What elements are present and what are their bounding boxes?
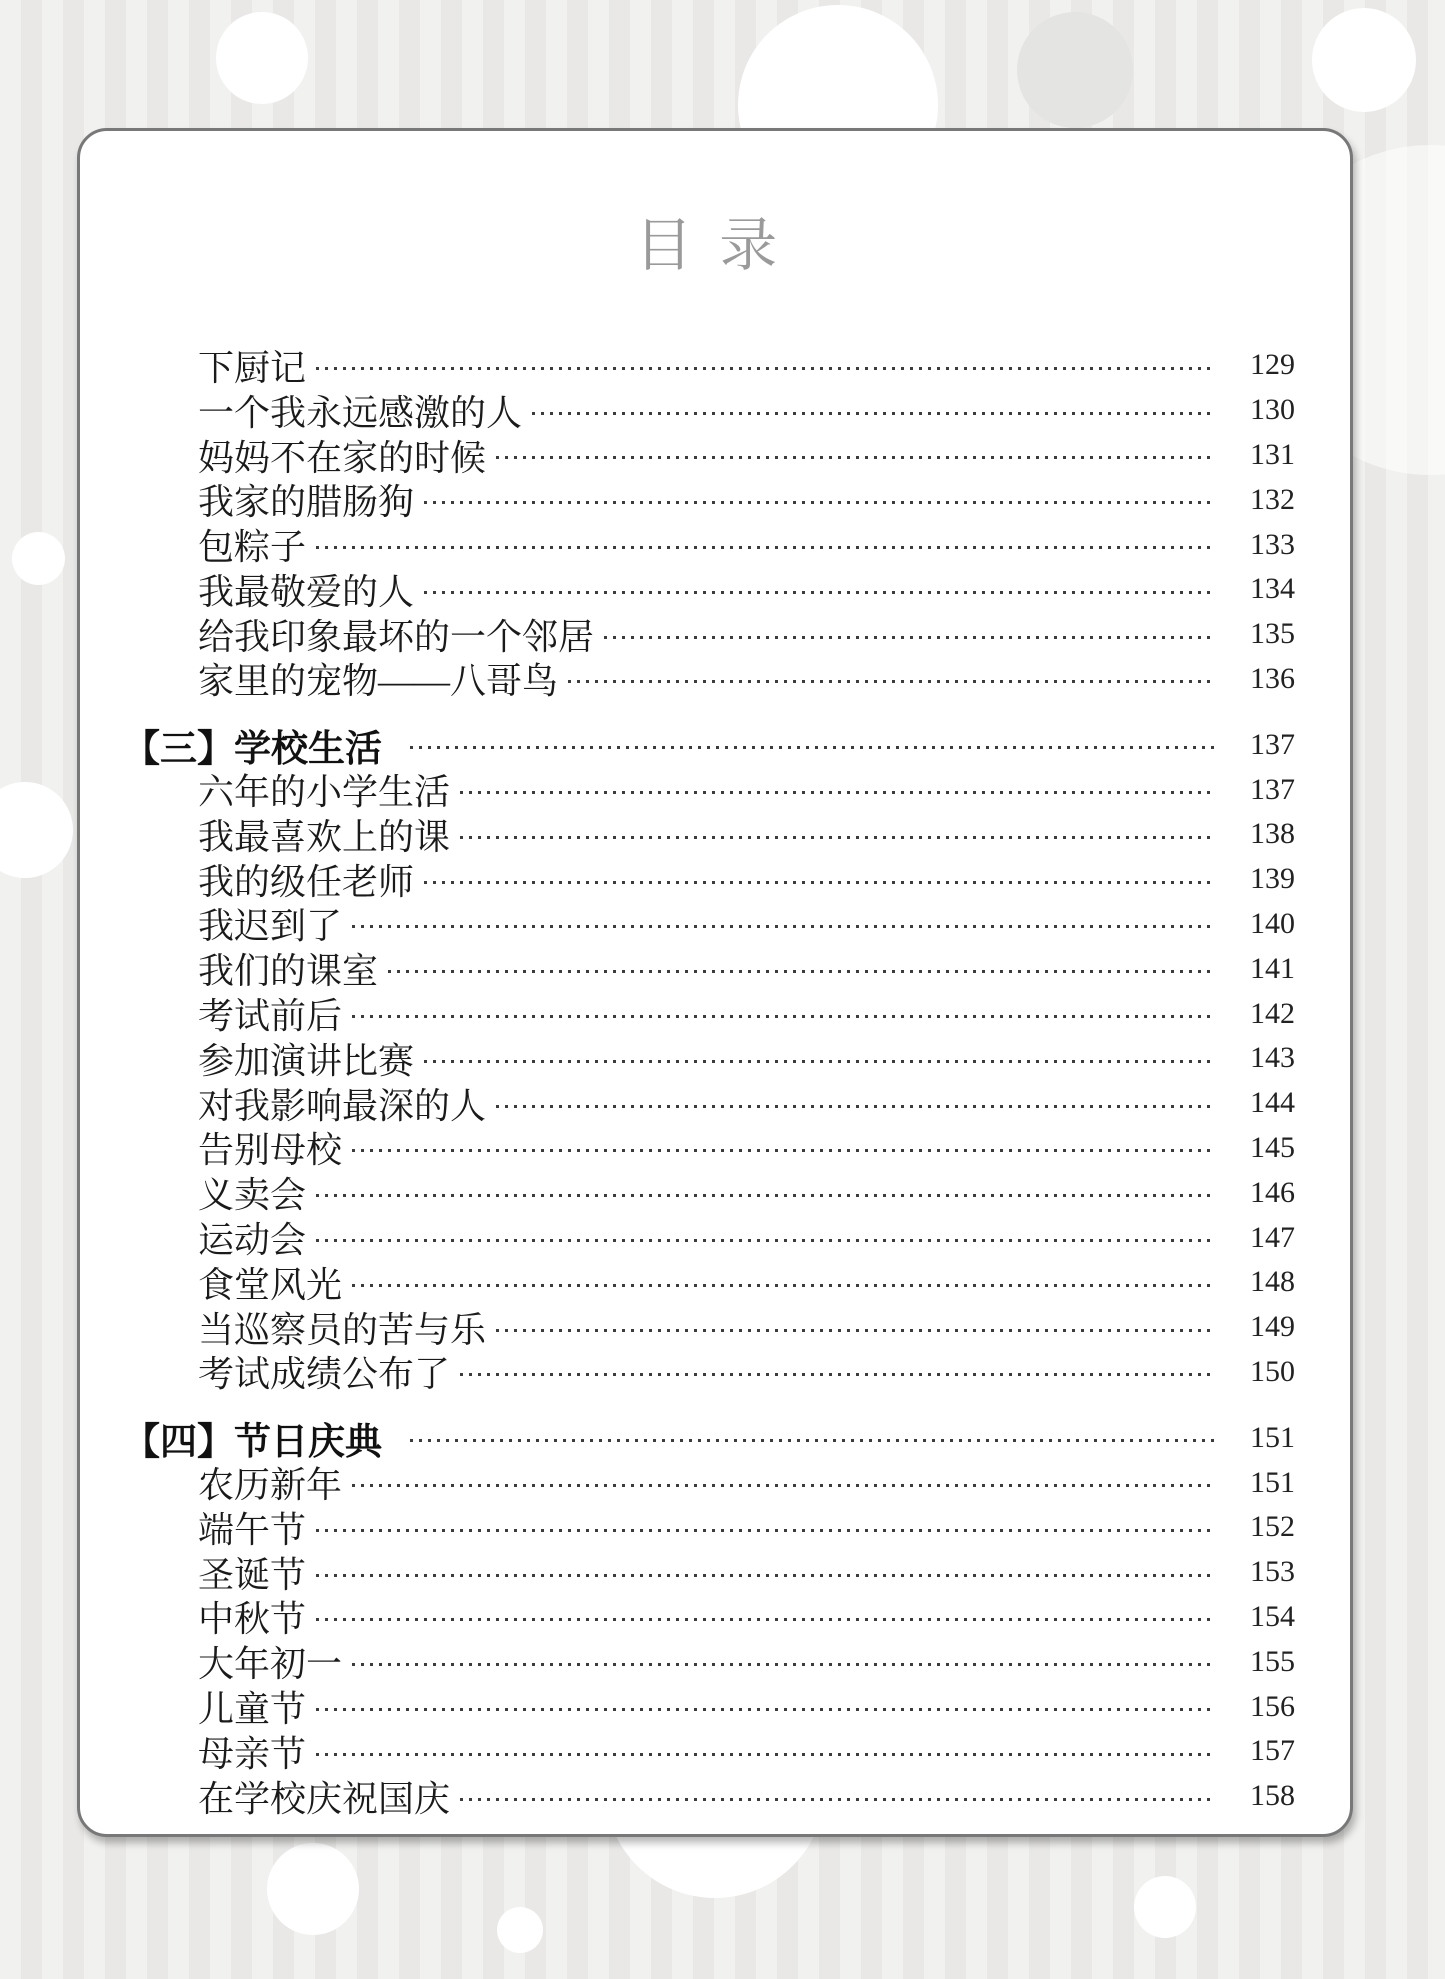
page-number: 148: [1231, 1265, 1295, 1299]
dotted-leader: [424, 1060, 1215, 1063]
page-title: 目 录: [123, 211, 1295, 281]
dotted-leader: [316, 1239, 1215, 1242]
dotted-leader: [604, 636, 1215, 639]
toc-entry-row: 义卖会 146: [198, 1170, 1295, 1215]
page-number: 151: [1231, 1466, 1295, 1500]
toc-item-label: 我最敬爱的人: [198, 564, 414, 615]
toc-item-label: 食堂风光: [198, 1257, 342, 1308]
decorative-circle: [497, 1907, 543, 1953]
dotted-leader: [352, 1484, 1215, 1487]
page-number: 139: [1231, 862, 1295, 896]
toc-item-label: 端午节: [198, 1502, 306, 1553]
dotted-leader: [496, 456, 1215, 459]
page-number: 149: [1231, 1310, 1295, 1344]
decorative-circle: [216, 12, 308, 104]
toc-item-label: 参加演讲比赛: [198, 1033, 414, 1084]
toc-entry-row: 大年初一 155: [198, 1639, 1295, 1684]
toc-entry-row: 我们的课室 141: [198, 946, 1295, 991]
toc-entry-row: 母亲节 157: [198, 1729, 1295, 1774]
page-number: 144: [1231, 1086, 1295, 1120]
page-number: 135: [1231, 617, 1295, 651]
dotted-leader: [460, 1798, 1215, 1801]
page-number: 147: [1231, 1221, 1295, 1255]
dotted-leader: [352, 1149, 1215, 1152]
toc-entry-row: 一个我永远感激的人 130: [198, 388, 1295, 433]
toc-entry-row: 中秋节 154: [198, 1595, 1295, 1640]
page-number: 130: [1231, 393, 1295, 427]
toc-item-label: 运动会: [198, 1212, 306, 1263]
page-number: 129: [1231, 348, 1295, 382]
toc-item-label: 下厨记: [198, 340, 306, 391]
page-number: 156: [1231, 1690, 1295, 1724]
toc-entry-row: 我迟到了 140: [198, 902, 1295, 947]
page-number: 133: [1231, 528, 1295, 562]
dotted-leader: [460, 1373, 1215, 1376]
page-number: 154: [1231, 1600, 1295, 1634]
dotted-leader: [568, 680, 1215, 683]
toc-entry-row: 端午节 152: [198, 1505, 1295, 1550]
dotted-leader: [424, 501, 1215, 504]
toc-entry-row: 我最敬爱的人 134: [198, 567, 1295, 612]
toc-entry-row: 参加演讲比赛 143: [198, 1036, 1295, 1081]
toc-item-label: 六年的小学生活: [198, 764, 450, 815]
decorative-circle: [12, 532, 65, 585]
toc-entry-row: 当巡察员的苦与乐 149: [198, 1305, 1295, 1350]
dotted-leader: [316, 1708, 1215, 1711]
page-number: 137: [1231, 773, 1295, 807]
toc-list: 下厨记 129 一个我永远感激的人 130 妈妈不在家的时候 131 我家的腊肠…: [123, 343, 1295, 1819]
page-number: 145: [1231, 1131, 1295, 1165]
toc-item-label: 我的级任老师: [198, 854, 414, 905]
toc-item-label: 我家的腊肠狗: [198, 474, 414, 525]
toc-entry-row: 我的级任老师 139: [198, 857, 1295, 902]
toc-entry-row: 给我印象最坏的一个邻居 135: [198, 612, 1295, 657]
dotted-leader: [496, 1329, 1215, 1332]
page-number: 151: [1231, 1421, 1295, 1455]
dotted-leader: [352, 1663, 1215, 1666]
page-number: 136: [1231, 662, 1295, 696]
toc-item-label: 妈妈不在家的时候: [198, 430, 486, 481]
toc-item-label: 一个我永远感激的人: [198, 385, 522, 436]
toc-entry-row: 圣诞节 153: [198, 1550, 1295, 1595]
toc-item-label: 告别母校: [198, 1122, 342, 1173]
toc-item-label: 给我印象最坏的一个邻居: [198, 609, 594, 660]
toc-entry-row: 下厨记 129: [198, 343, 1295, 388]
page-number: 150: [1231, 1355, 1295, 1389]
page-number: 137: [1231, 728, 1295, 762]
toc-entry-row: 在学校庆祝国庆 158: [198, 1774, 1295, 1819]
toc-item-label: 农历新年: [198, 1457, 342, 1508]
decorative-circle: [1017, 12, 1133, 128]
toc-item-label: 考试前后: [198, 988, 342, 1039]
toc-item-label: 儿童节: [198, 1681, 306, 1732]
toc-item-label: 包粽子: [198, 519, 306, 570]
dotted-leader: [460, 836, 1215, 839]
toc-item-label: 对我影响最深的人: [198, 1078, 486, 1129]
page-number: 131: [1231, 438, 1295, 472]
toc-item-label: 我们的课室: [198, 943, 378, 994]
dotted-leader: [316, 1753, 1215, 1756]
dotted-leader: [316, 1194, 1215, 1197]
toc-entry-row: 妈妈不在家的时候 131: [198, 433, 1295, 478]
toc-item-label: 考试成绩公布了: [198, 1346, 450, 1397]
dotted-leader: [532, 412, 1215, 415]
toc-entry-row: 儿童节 156: [198, 1684, 1295, 1729]
toc-entry-row: 运动会 147: [198, 1215, 1295, 1260]
toc-item-label: 我迟到了: [198, 898, 342, 949]
decorative-circle: [1312, 8, 1416, 112]
page-number: 134: [1231, 572, 1295, 606]
dotted-leader: [352, 925, 1215, 928]
page-number: 141: [1231, 952, 1295, 986]
toc-item-label: 大年初一: [198, 1636, 342, 1687]
dotted-leader: [496, 1105, 1215, 1108]
dotted-leader: [410, 746, 1215, 749]
dotted-leader: [424, 881, 1215, 884]
toc-item-label: 我最喜欢上的课: [198, 809, 450, 860]
toc-item-label: 家里的宠物——八哥鸟: [198, 653, 558, 704]
toc-item-label: 中秋节: [198, 1591, 306, 1642]
dotted-leader: [316, 546, 1215, 549]
dotted-leader: [316, 1574, 1215, 1577]
page-number: 140: [1231, 907, 1295, 941]
page-number: 142: [1231, 997, 1295, 1031]
dotted-leader: [460, 791, 1215, 794]
toc-entry-row: 考试成绩公布了 150: [198, 1350, 1295, 1395]
toc-item-label: 母亲节: [198, 1726, 306, 1777]
toc-entry-row: 农历新年 151: [198, 1460, 1295, 1505]
decorative-circle: [0, 782, 73, 878]
page-number: 152: [1231, 1510, 1295, 1544]
toc-entry-row: 考试前后 142: [198, 991, 1295, 1036]
page-number: 155: [1231, 1645, 1295, 1679]
toc-entry-row: 家里的宠物——八哥鸟 136: [198, 657, 1295, 702]
page-number: 138: [1231, 817, 1295, 851]
toc-entry-row: 对我影响最深的人 144: [198, 1081, 1295, 1126]
toc-entry-row: 告别母校 145: [198, 1126, 1295, 1171]
toc-section-row: 【三】学校生活 137: [123, 722, 1295, 767]
toc-item-label: 义卖会: [198, 1167, 306, 1218]
page-number: 153: [1231, 1555, 1295, 1589]
decorative-circle: [1134, 1876, 1196, 1938]
dotted-leader: [352, 1284, 1215, 1287]
dotted-leader: [388, 970, 1215, 973]
toc-entry-row: 食堂风光 148: [198, 1260, 1295, 1305]
toc-item-label: 在学校庆祝国庆: [198, 1771, 450, 1822]
dotted-leader: [410, 1439, 1215, 1442]
dotted-leader: [352, 1015, 1215, 1018]
toc-section-row: 【四】节日庆典 151: [123, 1415, 1295, 1460]
page-number: 132: [1231, 483, 1295, 517]
dotted-leader: [316, 1618, 1215, 1621]
toc-entry-row: 包粽子 133: [198, 522, 1295, 567]
dotted-leader: [316, 367, 1215, 370]
toc-entry-row: 六年的小学生活 137: [198, 767, 1295, 812]
page-number: 158: [1231, 1779, 1295, 1813]
toc-entry-row: 我最喜欢上的课 138: [198, 812, 1295, 857]
toc-entry-row: 我家的腊肠狗 132: [198, 477, 1295, 522]
page-number: 146: [1231, 1176, 1295, 1210]
toc-item-label: 圣诞节: [198, 1547, 306, 1598]
page-number: 143: [1231, 1041, 1295, 1075]
dotted-leader: [424, 591, 1215, 594]
dotted-leader: [316, 1529, 1215, 1532]
toc-item-label: 当巡察员的苦与乐: [198, 1302, 486, 1353]
page-number: 157: [1231, 1734, 1295, 1768]
toc-panel: 目 录 下厨记 129 一个我永远感激的人 130 妈妈不在家的时候 131 我…: [77, 128, 1353, 1837]
decorative-circle: [267, 1843, 359, 1935]
